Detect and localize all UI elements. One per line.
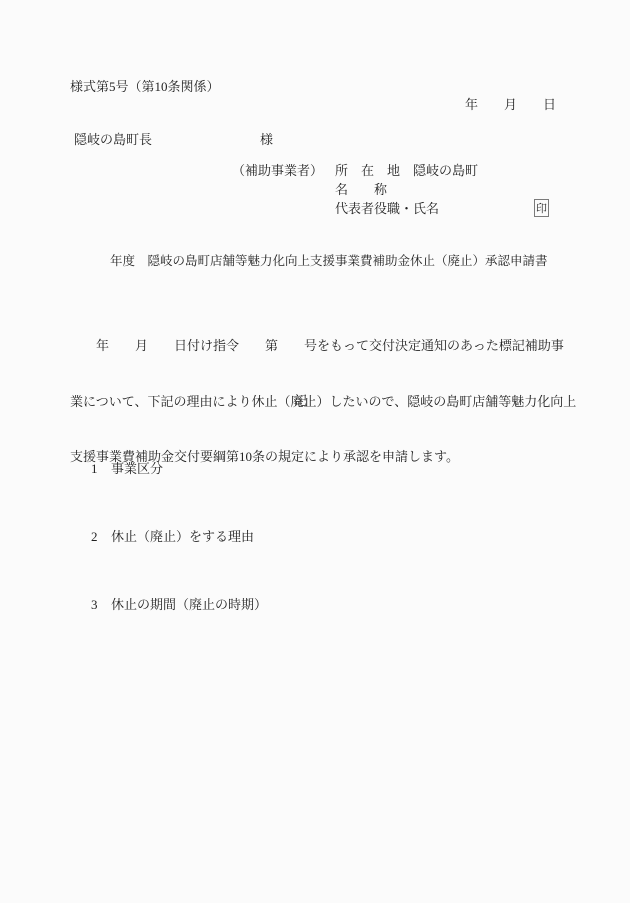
list-item: 1事業区分 [78, 446, 163, 491]
address-field-value: 隠岐の島町 [413, 163, 478, 178]
form-number-label: 様式第5号（第10条関係） [70, 79, 220, 94]
body-paragraph-line: 年 月 日付け指令 第 号をもって交付決定通知のあった標記補助事 [70, 337, 570, 356]
body-paragraph-line: 業について、下記の理由により休止（廃止）したいので、隠岐の島町店舗等魅力化向上 [70, 393, 570, 412]
item-label: 休止（廃止）をする理由 [111, 529, 254, 544]
item-number: 2 [91, 529, 111, 544]
item-number: 3 [91, 597, 111, 612]
item-label: 休止の期間（廃止の時期） [111, 597, 267, 612]
seal-mark: 印 [534, 199, 549, 217]
applicant-heading: （補助事業者） [232, 163, 323, 178]
issue-date-blank: 年 月 日 [465, 97, 556, 112]
document-title: 年度 隠岐の島町店舗等魅力化向上支援事業費補助金休止（廃止）承認申請書 [110, 254, 548, 269]
representative-field-label: 代表者役職・氏名 [335, 201, 439, 216]
addressee-name: 隠岐の島町長 [74, 132, 152, 147]
name-field-label: 名 称 [335, 182, 387, 197]
item-number: 1 [91, 461, 111, 476]
item-label: 事業区分 [111, 461, 163, 476]
note-marker: 記 [294, 393, 307, 408]
address-field-label: 所 在 地 [335, 163, 400, 178]
list-item: 2休止（廃止）をする理由 [78, 514, 254, 559]
document-page: 様式第5号（第10条関係） 年 月 日 隠岐の島町長 様 （補助事業者） 所 在… [0, 0, 630, 903]
list-item: 3休止の期間（廃止の時期） [78, 582, 267, 627]
addressee-honorific: 様 [260, 132, 273, 147]
